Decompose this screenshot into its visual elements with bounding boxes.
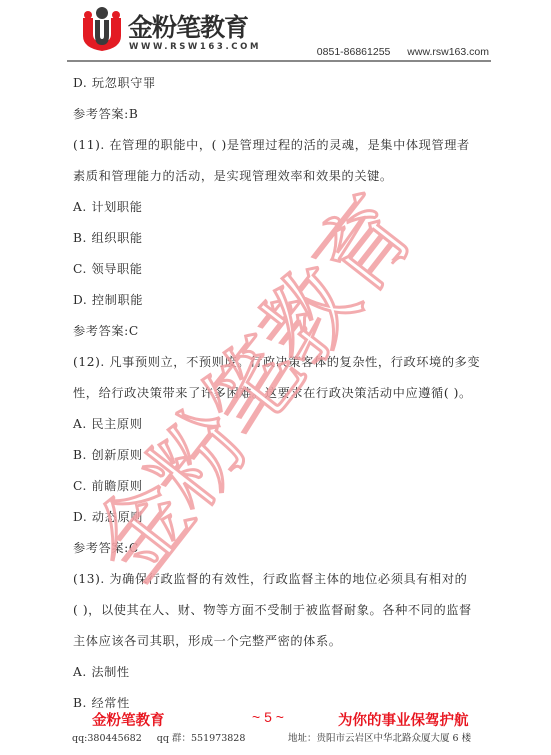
header-website: www.rsw163.com	[407, 46, 489, 58]
answer-line: 参考答案:C	[73, 323, 139, 339]
option-d: D. 动态原则	[73, 509, 143, 525]
logo-url: WWW.RSW163.COM	[129, 42, 261, 52]
option-b: B. 创新原则	[73, 447, 143, 463]
option-c: C. 前瞻原则	[73, 478, 143, 494]
option-d: D. 玩忽职守罪	[73, 75, 156, 91]
question-12-line-2: 性，给行政决策带来了许多困难。这要求在行政决策活动中应遵循( )。	[73, 385, 472, 401]
question-11-line-1: (11). 在管理的职能中，( )是管理过程的活的灵魂，是集中体现管理者	[73, 137, 470, 153]
question-11-line-2: 素质和管理能力的活动，是实现管理效率和效果的关键。	[73, 168, 393, 184]
answer-line: 参考答案:C	[73, 540, 139, 556]
logo-title: 金粉笔教育	[128, 15, 248, 41]
header-phone: 0851-86861255	[317, 46, 391, 58]
footer-brand: 金粉笔教育	[92, 709, 165, 730]
page-header: 金粉笔教育 WWW.RSW163.COM 0851-86861255 www.r…	[67, 0, 491, 62]
option-a: A. 法制性	[73, 664, 130, 680]
question-13-line-3: 主体应该各司其职，形成一个完整严密的体系。	[73, 633, 342, 649]
option-a: A. 民主原则	[73, 416, 143, 432]
logo-mark-icon	[81, 6, 123, 52]
question-12-line-1: (12). 凡事预则立，不预则废。行政决策客体的复杂性，行政环境的多变	[73, 354, 480, 370]
option-c: C. 领导职能	[73, 261, 143, 277]
question-13-line-1: (13). 为确保行政监督的有效性，行政监督主体的地位必须具有相对的	[73, 571, 467, 587]
question-13-line-2: ( )，以使其在人、财、物等方面不受制于被监督耐象。各种不同的监督	[73, 602, 472, 618]
footer-contact-qq: qq:380445682 qq 群：551973828	[72, 730, 245, 744]
page-number: ~ 5 ~	[252, 709, 284, 725]
qq-number: qq:380445682	[72, 733, 142, 744]
logo: 金粉笔教育 WWW.RSW163.COM	[81, 6, 251, 56]
footer-address: 地址：贵阳市云岩区中华北路众厦大厦 6 楼	[288, 730, 471, 744]
option-a: A. 计划职能	[73, 199, 143, 215]
answer-line: 参考答案:B	[73, 106, 138, 122]
footer-slogan: 为你的事业保驾护航	[338, 709, 469, 730]
option-b: B. 组织职能	[73, 230, 143, 246]
qq-group: qq 群：551973828	[157, 733, 246, 744]
document-page: 金粉笔教育 WWW.RSW163.COM 0851-86861255 www.r…	[0, 0, 551, 755]
header-divider	[67, 60, 491, 62]
option-d: D. 控制职能	[73, 292, 143, 308]
header-contact: 0851-86861255 www.rsw163.com	[317, 46, 489, 58]
